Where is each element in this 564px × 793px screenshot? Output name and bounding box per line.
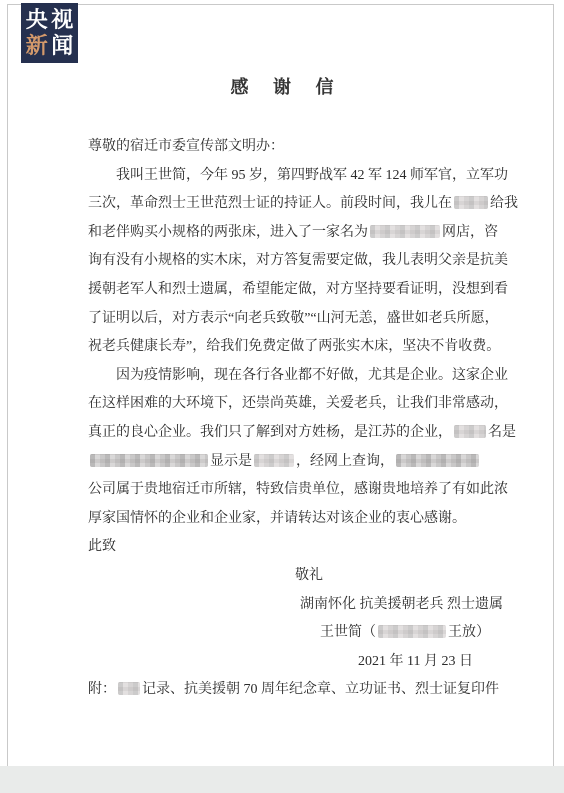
letter-line: 了证明以后，对方表示“向老兵致敬”“山河无恙，盛世如老兵所愿， — [88, 305, 503, 334]
letter-line: 公司属于贵地宿迁市所辖，特致信贵单位，感谢贵地培养了有如此浓 — [88, 476, 503, 505]
redaction-blur — [254, 454, 294, 467]
logo-char-accent: 新 — [26, 35, 48, 57]
text-segment: 真正的良心企业。我们只了解到对方姓杨，是江苏的企业， — [88, 425, 452, 440]
text-segment: 敬礼 — [295, 568, 323, 583]
redaction-blur — [454, 196, 488, 209]
logo-char: 闻 — [51, 35, 73, 57]
letter-line: 湖南怀化 抗美援朝老兵 烈士遗属 — [88, 591, 503, 620]
text-segment: 名是 — [488, 425, 516, 440]
text-segment: 三次，革命烈士王世范烈士证的持证人。前段时间，我儿在 — [88, 196, 452, 211]
letter-line: 祝老兵健康长寿”，给我们免费定做了两张实木床，坚决不肯收费。 — [88, 333, 503, 362]
letter-title: 感 谢 信 — [0, 73, 564, 99]
text-segment: 援朝老军人和烈士遗属，希望能定做，对方坚持要看证明，没想到看 — [88, 282, 508, 297]
letter-line: 敬礼 — [88, 562, 503, 591]
text-segment: 祝老兵健康长寿”，给我们免费定做了两张实木床，坚决不肯收费。 — [88, 339, 500, 354]
letter-line: 此致 — [88, 533, 503, 562]
letter-line: 我叫王世简，今年 95 岁，第四野战军 42 军 124 师军官，立军功 — [88, 162, 503, 191]
text-segment: 和老伴购买小规格的两张床，进入了一家名为 — [88, 225, 368, 240]
letter-line: 尊敬的宿迁市委宣传部文明办： — [88, 133, 503, 162]
text-segment: 给我 — [490, 196, 518, 211]
text-segment: 公司属于贵地宿迁市所辖，特致信贵单位，感谢贵地培养了有如此浓 — [88, 482, 508, 497]
text-segment: 在这样困难的大环境下，还崇尚英雄，关爱老兵，让我们非常感动， — [88, 396, 508, 411]
letter-line: 询有没有小规格的实木床，对方答复需要定做，我儿表明父亲是抗美 — [88, 247, 503, 276]
text-segment: 网店，咨 — [442, 225, 498, 240]
letter-lines: 尊敬的宿迁市委宣传部文明办：我叫王世简，今年 95 岁，第四野战军 42 军 1… — [88, 133, 503, 705]
logo-char: 视 — [51, 9, 73, 31]
letter-line: 王世简（王放） — [88, 619, 503, 648]
letter-line: 厚家国情怀的企业和企业家，并请转达对该企业的衷心感谢。 — [88, 505, 503, 534]
letter-line: 三次，革命烈士王世范烈士证的持证人。前段时间，我儿在给我 — [88, 190, 503, 219]
text-segment: 此致 — [88, 539, 116, 554]
text-segment: 我叫王世简，今年 95 岁，第四野战军 42 军 124 师军官，立军功 — [116, 168, 508, 183]
text-segment: 记录、抗美援朝 70 周年纪念章、立功证书、烈士证复印件 — [142, 682, 499, 697]
text-segment: 2021 年 11 月 23 日 — [358, 654, 473, 669]
letter-line: 和老伴购买小规格的两张床，进入了一家名为网店，咨 — [88, 219, 503, 248]
redaction-blur — [396, 454, 479, 467]
background-bottom-strip — [0, 766, 564, 793]
text-segment: 湖南怀化 抗美援朝老兵 烈士遗属 — [300, 597, 503, 612]
text-segment: 王世简（ — [320, 625, 376, 640]
cctv-news-logo: 央 视 新 闻 — [21, 3, 78, 63]
text-segment: 显示是 — [210, 454, 252, 469]
letter-line: 显示是，经网上查询， — [88, 448, 503, 477]
letter-line: 真正的良心企业。我们只了解到对方姓杨，是江苏的企业，名是 — [88, 419, 503, 448]
letter-line: 2021 年 11 月 23 日 — [88, 648, 503, 677]
text-segment: 附： — [88, 682, 116, 697]
letter-line: 援朝老军人和烈士遗属，希望能定做，对方坚持要看证明，没想到看 — [88, 276, 503, 305]
text-segment: 了证明以后，对方表示“向老兵致敬”“山河无恙，盛世如老兵所愿， — [88, 311, 499, 326]
text-segment: 尊敬的宿迁市委宣传部文明办： — [88, 139, 284, 154]
text-segment: ，经网上查询， — [296, 454, 394, 469]
text-segment: 王放） — [448, 625, 490, 640]
letter-line: 因为疫情影响，现在各行各业都不好做，尤其是企业。这家企业 — [88, 362, 503, 391]
redaction-blur — [378, 625, 446, 638]
redaction-blur — [90, 454, 208, 467]
text-segment: 因为疫情影响，现在各行各业都不好做，尤其是企业。这家企业 — [116, 368, 508, 383]
redaction-blur — [454, 425, 486, 438]
logo-char: 央 — [26, 9, 48, 31]
letter-line: 附：记录、抗美援朝 70 周年纪念章、立功证书、烈士证复印件 — [88, 676, 503, 705]
redaction-blur — [118, 682, 140, 695]
redaction-blur — [370, 225, 440, 238]
text-segment: 询有没有小规格的实木床，对方答复需要定做，我儿表明父亲是抗美 — [88, 253, 508, 268]
letter-line: 在这样困难的大环境下，还崇尚英雄，关爱老兵，让我们非常感动， — [88, 390, 503, 419]
text-segment: 厚家国情怀的企业和企业家，并请转达对该企业的衷心感谢。 — [88, 511, 466, 526]
